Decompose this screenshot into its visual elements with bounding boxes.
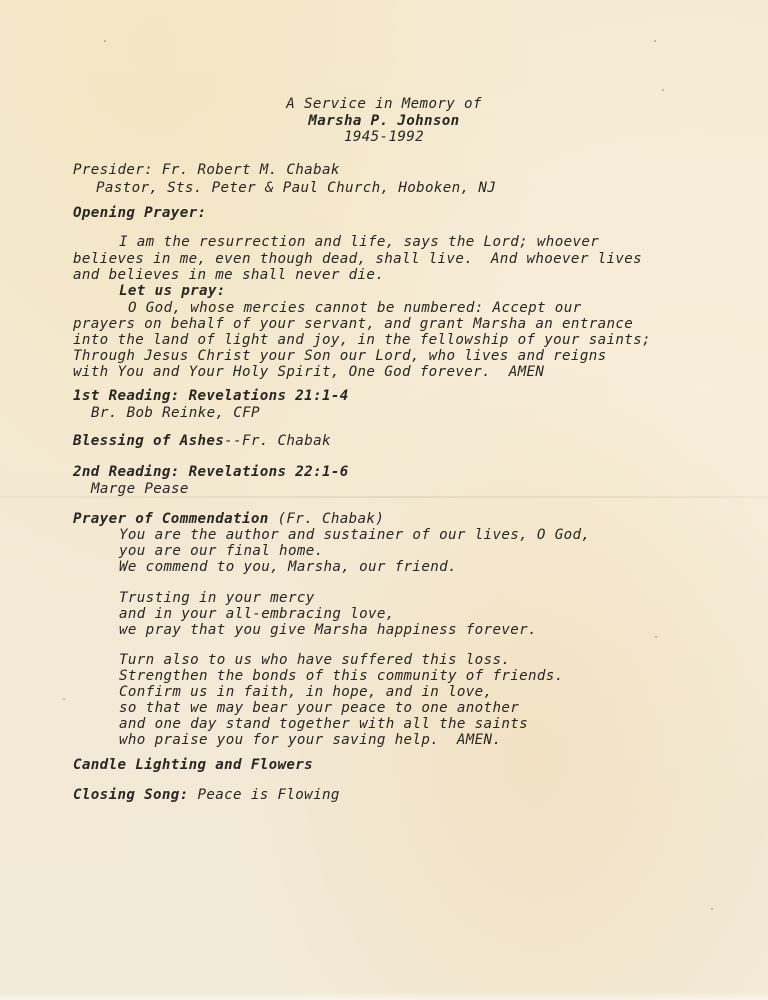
commendation-line: Strengthen the bonds of this community o…: [119, 668, 564, 685]
opening-prayer-heading: Opening Prayer:: [73, 205, 206, 222]
commendation-line: and in your all-embracing love,: [119, 606, 395, 623]
paper-speck: [662, 89, 664, 91]
prayer-line: into the land of light and joy, in the f…: [73, 332, 651, 349]
blessing-line: Blessing of Ashes--Fr. Chabak: [73, 433, 331, 450]
commendation-line: we pray that you give Marsha happiness f…: [119, 622, 537, 639]
closing-song-title: Peace is Flowing: [189, 787, 340, 803]
commendation-line: We commend to you, Marsha, our friend.: [119, 559, 457, 576]
scripture-line: believes in me, even though dead, shall …: [73, 251, 642, 268]
prayer-line: Through Jesus Christ your Son our Lord, …: [73, 348, 607, 365]
honoree-name: Marsha P. Johnson: [0, 113, 768, 130]
second-reading-heading: 2nd Reading: Revelations 22:1-6: [73, 464, 349, 481]
commendation-line: You are the author and sustainer of our …: [119, 527, 590, 544]
second-reading-reader: Marge Pease: [91, 481, 189, 498]
scripture-line: and believes in me shall never die.: [73, 267, 384, 284]
commendation-officiant: (Fr. Chabak): [269, 511, 385, 527]
paper-speck: [104, 40, 106, 42]
commendation-line: Trusting in your mercy: [119, 590, 315, 607]
presider-church: Pastor, Sts. Peter & Paul Church, Hoboke…: [96, 180, 496, 197]
commendation-line: Turn also to us who have suffered this l…: [119, 652, 510, 669]
paper-speck: [63, 698, 65, 700]
blessing-officiant: --Fr. Chabak: [224, 433, 331, 449]
commendation-line: Confirm us in faith, in hope, and in lov…: [119, 684, 492, 701]
paper-speck: [655, 636, 657, 638]
prayer-line: O God, whose mercies cannot be numbered:…: [128, 300, 581, 317]
prayer-line: with You and Your Holy Spirit, One God f…: [73, 364, 544, 381]
title-line: A Service in Memory of: [0, 96, 768, 113]
first-reading-reader: Br. Bob Reinke, CFP: [91, 405, 260, 422]
commendation-line: who praise you for your saving help. AME…: [119, 732, 501, 749]
commendation-heading: Prayer of Commendation: [73, 511, 269, 527]
first-reading-heading: 1st Reading: Revelations 21:1-4: [73, 388, 349, 405]
commendation-line: and one day stand together with all the …: [119, 716, 528, 733]
prayer-line: prayers on behalf of your servant, and g…: [73, 316, 633, 333]
closing-song-line: Closing Song: Peace is Flowing: [73, 787, 340, 804]
commendation-line: you are our final home.: [119, 543, 324, 560]
blessing-heading: Blessing of Ashes: [73, 433, 224, 449]
candle-lighting-heading: Candle Lighting and Flowers: [73, 757, 313, 774]
paper-speck: [654, 40, 656, 42]
memorial-service-program: A Service in Memory of Marsha P. Johnson…: [0, 0, 768, 1000]
paper-speck: [711, 908, 713, 910]
commendation-heading-line: Prayer of Commendation (Fr. Chabak): [73, 511, 384, 528]
presider-name: Presider: Fr. Robert M. Chabak: [73, 162, 340, 179]
closing-song-heading: Closing Song:: [73, 787, 189, 803]
commendation-line: so that we may bear your peace to one an…: [119, 700, 519, 717]
let-us-pray-heading: Let us pray:: [119, 283, 226, 300]
scripture-line: I am the resurrection and life, says the…: [119, 234, 599, 251]
honoree-dates: 1945-1992: [0, 129, 768, 146]
